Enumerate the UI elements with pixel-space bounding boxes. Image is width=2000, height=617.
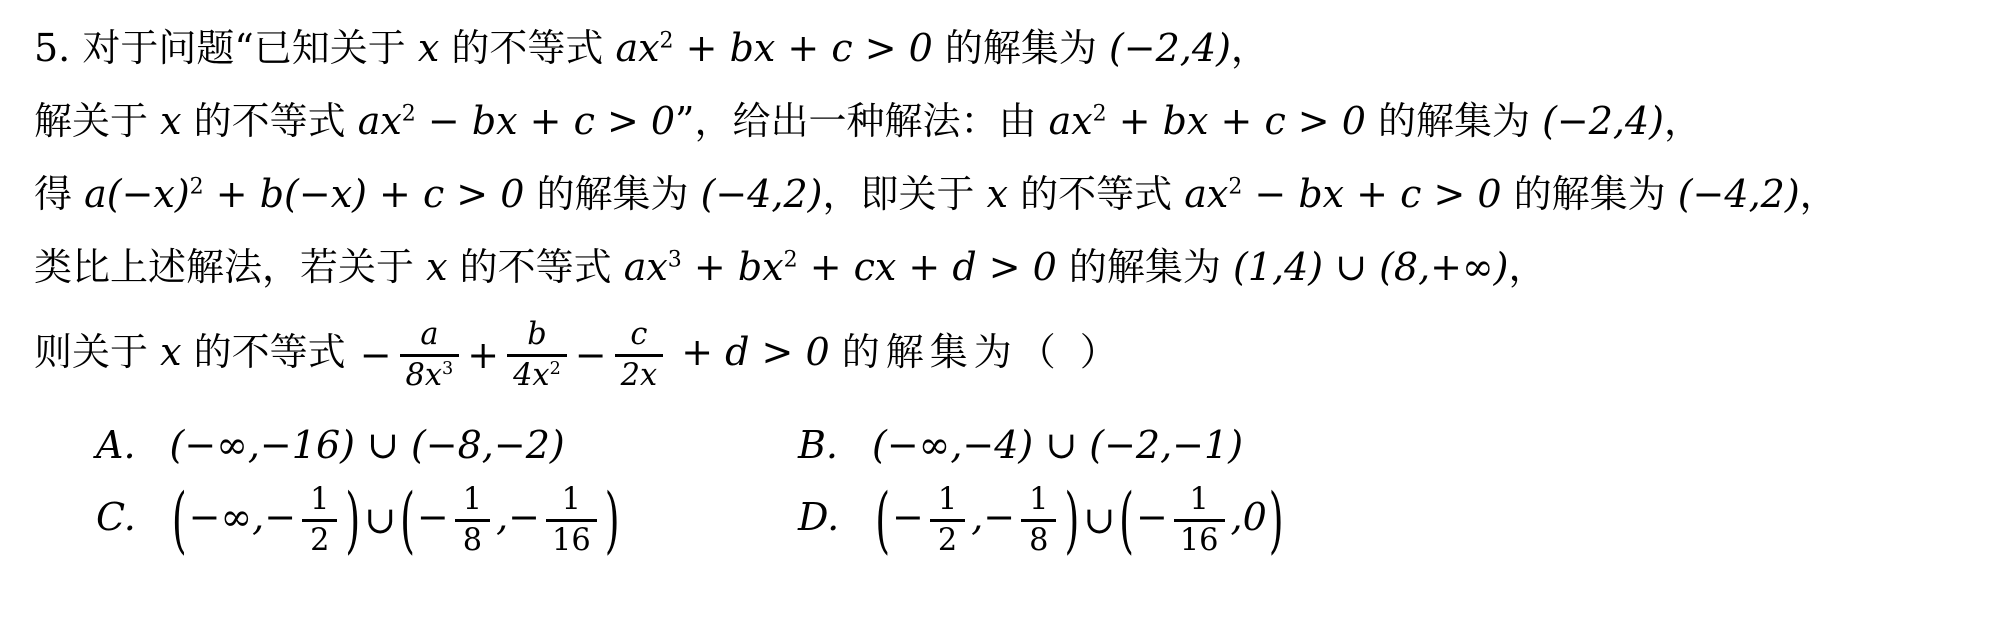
math-run: − (892, 495, 924, 539)
fraction-denominator: 2 (930, 522, 965, 560)
exponent: 2 (402, 101, 416, 126)
math-run: x (987, 172, 1008, 216)
plus-operator: + (465, 333, 501, 377)
math-run: (−4,2) (1678, 172, 1800, 216)
big-paren-close: ) (1267, 478, 1286, 562)
math-run: ,− (971, 495, 1015, 539)
math-run: ax2 − bx + c > 0 (358, 99, 675, 143)
math-run: ax2 + bx + c > 0 (1049, 99, 1366, 143)
math-run: x (160, 330, 181, 374)
math-run: (1,4) ∪ (8,+∞) (1233, 245, 1508, 289)
fraction-denominator: 16 (1174, 522, 1225, 560)
math-run: ax3 + bx2 + cx + d > 0 (624, 245, 1057, 289)
exponent: 3 (668, 247, 682, 272)
math-run: ax2 − bx + c > 0 (1184, 172, 1501, 216)
math-run: −∞,− (189, 495, 296, 539)
fraction: 116 (546, 481, 597, 560)
fraction-denominator: 8 (1021, 522, 1056, 560)
fraction: 12 (302, 481, 337, 560)
option-b: B.(−∞,−4) ∪ (−2,−1) (798, 423, 1243, 467)
text-run: 的不等式 (439, 26, 615, 70)
fraction-denominator: 2 (302, 522, 337, 560)
fraction-denominator: 4x2 (507, 357, 567, 395)
big-paren-close: ) (1062, 478, 1081, 562)
fraction-numerator: c (615, 316, 663, 357)
options-row-2: C.(−∞,−12)∪(−18,−116) D.(−12,−18)∪(−116,… (34, 481, 1980, 560)
text-run: 的解集为 (1502, 172, 1678, 216)
big-paren-open: ( (398, 478, 417, 562)
math-run: + d > 0 (669, 330, 842, 374)
options-row-1: A.(−∞,−16) ∪ (−8,−2) B.(−∞,−4) ∪ (−2,−1) (34, 419, 1980, 467)
fraction: 116 (1174, 481, 1225, 560)
option-label: C. (96, 495, 136, 539)
option-a: A.(−∞,−16) ∪ (−8,−2) (96, 423, 798, 467)
fraction-denominator: 2x (615, 357, 663, 395)
text-run: ， (1800, 172, 1838, 216)
text-run: 得 (34, 172, 84, 216)
text-run: 5. 对于问题“已知关于 (34, 26, 418, 70)
math-run: − (1136, 495, 1168, 539)
math-run: x (160, 99, 181, 143)
big-paren-close: ) (343, 478, 362, 562)
fraction-numerator: 1 (1174, 481, 1225, 522)
fraction-denominator: 8x3 (400, 357, 460, 395)
text-run: 的解集为 (1366, 99, 1542, 143)
fraction-denominator: 8 (455, 522, 490, 560)
text-run: 的不等式 (182, 99, 358, 143)
math-run: a(−x)2 + b(−x) + c > 0 (84, 172, 524, 216)
problem-line-2: 解关于 x 的不等式 ax2 − bx + c > 0”，给出一种解法：由 ax… (34, 97, 1980, 146)
option-label: A. (96, 423, 136, 467)
big-paren-close: ) (603, 478, 622, 562)
fraction-numerator: a (400, 316, 460, 357)
math-run: (−2,4) (1542, 99, 1664, 143)
answer-blank: 的解集为（ ） (842, 330, 1124, 374)
fraction-numerator: b (507, 316, 567, 357)
exponent: 3 (442, 359, 453, 379)
text-run: 的解集为 (933, 26, 1109, 70)
big-paren-open: ( (873, 478, 892, 562)
text-run: ”，给出一种解法：由 (675, 99, 1049, 143)
exponent: 2 (660, 28, 674, 53)
fraction-denominator: 16 (546, 522, 597, 560)
exponent: 2 (190, 174, 204, 199)
option-d: D.(−12,−18)∪(−116,0) (798, 481, 1286, 560)
fraction: 18 (1021, 481, 1056, 560)
fraction-numerator: 1 (302, 481, 337, 522)
minus-operator: − (573, 333, 609, 377)
exponent: 2 (1228, 174, 1242, 199)
math-run: ax2 + bx + c > 0 (615, 26, 932, 70)
math-run: ,0 (1231, 495, 1267, 539)
math-run: (−2,4) (1109, 26, 1231, 70)
text-run: 类比上述解法，若关于 (34, 245, 426, 289)
fraction: 12 (930, 481, 965, 560)
problem-line-1: 5. 对于问题“已知关于 x 的不等式 ax2 + bx + c > 0 的解集… (34, 24, 1980, 73)
math-run: (−4,2) (701, 172, 823, 216)
fraction-numerator: 1 (930, 481, 965, 522)
text-run: ， (1509, 245, 1547, 289)
minus-sign: − (358, 333, 394, 377)
exponent: 2 (1093, 101, 1107, 126)
problem-line-5: 则关于 x 的不等式 −a8x3+b4x2−c2x + d > 0 的解集为（ … (34, 316, 1980, 395)
option-label: B. (798, 423, 838, 467)
math-run: x (426, 245, 447, 289)
fraction-numerator: 1 (1021, 481, 1056, 522)
text-run: 的不等式 (1008, 172, 1184, 216)
text-run: ， (1664, 99, 1702, 143)
text-run: 则关于 (34, 330, 160, 374)
math-run: (−∞,−16) ∪ (−8,−2) (170, 423, 565, 467)
text-run: 的解集为 (524, 172, 700, 216)
big-paren-open: ( (1117, 478, 1136, 562)
problem-line-4: 类比上述解法，若关于 x 的不等式 ax3 + bx2 + cx + d > 0… (34, 243, 1980, 292)
exponent: 2 (550, 359, 561, 379)
big-paren-open: ( (170, 478, 189, 562)
math-run: (−∞,−4) ∪ (−2,−1) (872, 423, 1243, 467)
union-operator: ∪ (1081, 498, 1117, 542)
text-run: 解关于 (34, 99, 160, 143)
option-label: D. (798, 495, 839, 539)
exponent: 2 (784, 247, 798, 272)
text-run: ， (1231, 26, 1269, 70)
text-run: ，即关于 (823, 172, 987, 216)
problem-line-3: 得 a(−x)2 + b(−x) + c > 0 的解集为 (−4,2)，即关于… (34, 170, 1980, 219)
text-run: 的不等式 (448, 245, 624, 289)
fraction: 18 (455, 481, 490, 560)
text-run: 的解集为 (1057, 245, 1233, 289)
fraction: c2x (615, 316, 663, 395)
fraction-numerator: 1 (546, 481, 597, 522)
text-run: 的不等式 (182, 330, 358, 374)
fraction: b4x2 (507, 316, 567, 395)
fraction: a8x3 (400, 316, 460, 395)
math-run: − (417, 495, 449, 539)
math-run: x (418, 26, 439, 70)
option-c: C.(−∞,−12)∪(−18,−116) (96, 481, 798, 560)
fraction-numerator: 1 (455, 481, 490, 522)
math-problem-page: 5. 对于问题“已知关于 x 的不等式 ax2 + bx + c > 0 的解集… (0, 0, 2000, 560)
union-operator: ∪ (362, 498, 398, 542)
math-run: ,− (496, 495, 540, 539)
